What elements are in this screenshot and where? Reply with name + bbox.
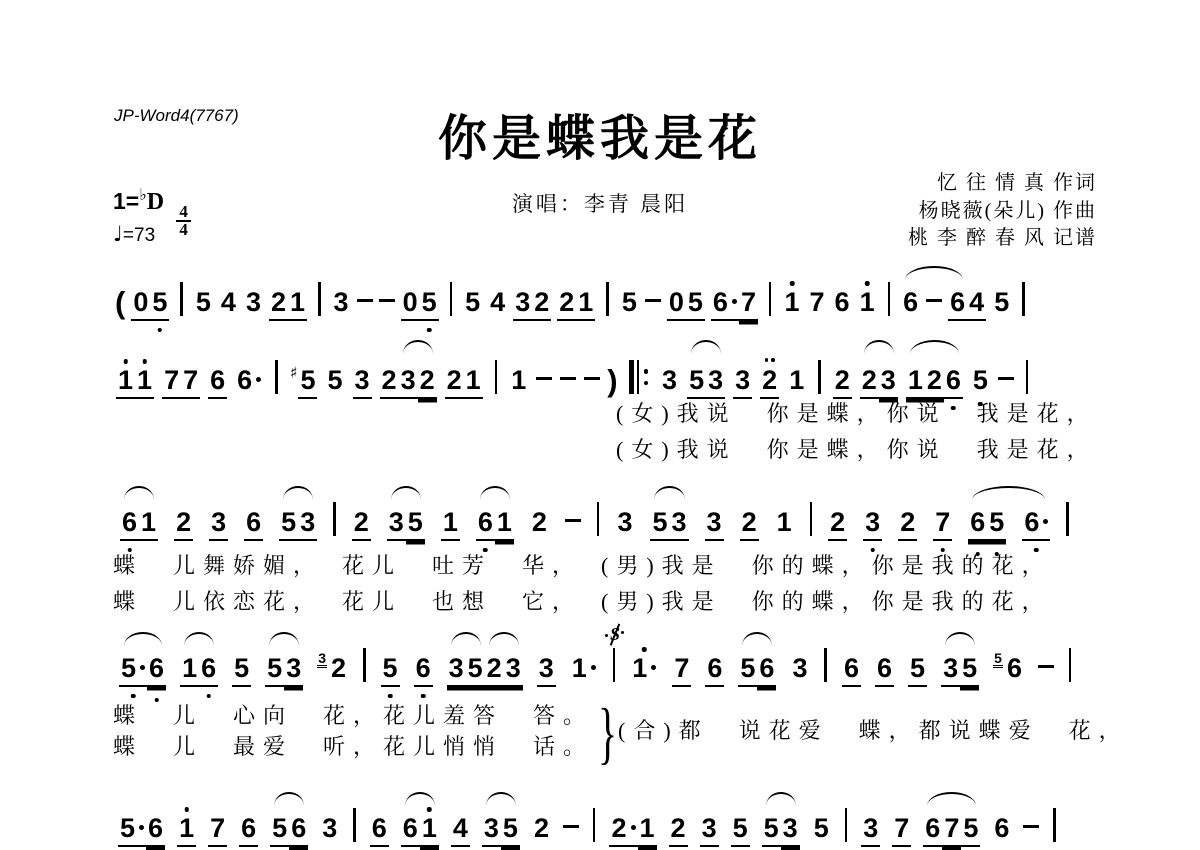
note: 5 [686,285,705,321]
note: 2 [898,505,917,541]
slur-arc [905,266,963,280]
slur-arc [124,486,154,500]
lyric-row-verse2-a: 蝶 儿 心向 花，花儿羞答 答。 [113,699,593,730]
barline [593,808,596,842]
note: 32 [317,651,348,685]
music-line-3: 612365323516123533212327656 [112,484,1077,541]
note: 3 [615,505,634,539]
credit-composer: 杨晓薇(朵儿) 作曲 [908,198,1097,226]
dash-note [584,377,600,381]
note: 2 [760,363,779,399]
note: 4 [967,285,986,321]
octave-dot-above [865,281,870,286]
slur-arc [269,632,299,646]
note: 1 [509,363,528,397]
slur-arc [283,486,313,500]
octave-dot-below [388,694,393,699]
note: 1 [420,811,439,847]
note: 7 [933,505,952,541]
slur-arc [742,632,772,646]
note: 7 [739,285,758,321]
note: 5 [687,363,706,399]
note: 1 [858,285,877,319]
barline [1069,648,1072,682]
credit-transcriber: 桃 李 醉 春 风 记谱 [908,225,1097,253]
note: 1 [570,651,598,685]
note: 3 [209,505,228,541]
augmentation-dot [256,377,261,382]
barline: S [613,648,616,682]
phrase-paren: ) [607,363,617,398]
slur-arc [927,792,976,806]
lyric-row-female-2: (女)我说 你是蝶，你说 我是花， [616,433,1097,464]
barline [818,360,821,394]
barline [1066,502,1069,536]
note: 6 [401,811,420,847]
note: 7 [808,285,827,319]
note: 2 [609,811,637,847]
note: 1 [576,285,595,321]
slur-arc [274,792,304,806]
note: 6 [414,651,433,687]
augmentation-dot [732,299,737,304]
note: 1 [116,363,135,399]
page-title: 你是蝶我是花 [0,100,1200,170]
slur-arc [766,792,796,806]
slur-arc [945,632,975,646]
note: 5 [420,285,439,321]
key-prefix: 1= [113,188,139,214]
time-bottom: 4 [179,223,188,237]
barline [810,502,813,536]
note: 2 [860,363,879,399]
note: 3 [705,505,724,541]
note: 6 [208,363,227,399]
barline [597,502,600,536]
note: 3 [447,651,466,687]
note: 3 [670,505,689,541]
note: 3 [790,651,809,685]
dash-note [926,299,942,303]
note: 5 [406,505,425,541]
note: 5 [270,811,289,847]
dash-note [1038,665,1054,669]
note: 3 [399,363,418,399]
note: 6 [370,811,389,847]
note: 3 [706,363,725,399]
slur-arc [864,340,894,354]
music-line-1: (05543213055432215056717616645 [112,264,1033,321]
note: 5 [381,651,400,687]
barline [1026,360,1029,394]
note: ♯5 [290,356,318,399]
note: 5 [194,285,213,319]
augmentation-dot [1043,519,1048,524]
lyric-row-verse1-b: 蝶 儿依恋花， 花儿 也想 它， (男)我是 你的蝶，你是我的花， [113,585,1052,616]
segno-icon: S [606,624,622,645]
grace-note: 3 [317,651,327,668]
phrase-paren: ( [115,285,125,320]
barline [845,808,848,842]
slur-arc [910,340,959,354]
note: 56 [993,651,1024,685]
note: 7 [672,651,691,687]
note: 6 [923,811,942,847]
note: 3 [700,811,719,847]
note: 2 [740,505,759,541]
note: 4 [488,285,507,319]
note: 1 [495,505,514,541]
octave-dot-above [790,281,795,286]
note: 6 [948,285,967,321]
augmentation-dot [591,665,596,670]
lyric-row-verse2-b: 蝶 儿 最爱 听，花儿悄悄 话。 [113,730,593,761]
sharp-icon: ♯ [290,363,298,382]
dash-note [565,519,581,523]
note: 3 [387,505,406,541]
slur-arc [486,792,516,806]
note: 0 [401,285,420,321]
note: 6 [239,811,258,847]
barline [363,648,366,682]
slur-arc [184,632,214,646]
octave-dot-above [642,647,647,652]
note: 6 [711,285,739,321]
note: 2 [352,505,371,541]
augmentation-dot [140,665,145,670]
note: 5 [119,651,147,687]
note: 0 [131,285,150,321]
note: 1 [906,363,925,399]
slur-arc [972,486,1045,500]
note: 5 [620,285,639,319]
note: 1 [638,811,657,847]
octave-dot-above [123,359,128,364]
sheet-music-page: JP-Word4(7767) 你是蝶我是花 演唱：李青 晨阳 忆 往 情 真 作… [0,0,1200,850]
note: 7 [181,363,200,399]
note: 5 [738,651,757,687]
note: 5 [150,285,169,321]
time-top: 4 [179,205,188,219]
repeat-barline [629,360,649,394]
note: 6 [146,811,165,847]
note: 6 [199,651,218,687]
note: 5 [960,651,979,687]
note: 5 [279,505,298,541]
lyrics-brace: } [598,694,617,774]
dash-note [357,299,373,303]
quarter-note-icon: ♩ [113,222,123,246]
note: 3 [660,363,679,397]
note: 4 [451,811,470,847]
dash-note [560,377,576,381]
note: 3 [861,811,880,847]
note: 5 [762,811,781,847]
note: 2 [445,363,464,399]
time-signature: 44 [176,205,191,237]
note: 1 [135,363,154,399]
note: 3 [781,811,800,847]
note: 6 [968,505,987,541]
lyric-row-verse1-a: 蝶 儿舞娇媚， 花儿 吐芳 华， (男)我是 你的蝶，你是我的花， [113,549,1052,580]
note: 3 [879,363,898,399]
octave-dot-above [427,807,432,812]
barline [275,360,278,394]
note: 7 [208,811,227,847]
note: 3 [941,651,960,687]
note: 5 [731,811,750,847]
note: 3 [320,811,339,845]
note: 2 [925,363,944,399]
barline [450,282,453,316]
note: 2 [485,651,504,687]
note: 3 [244,285,263,319]
note: 2 [269,285,288,321]
slur-arc [451,632,481,646]
note: 3 [863,505,882,541]
lyric-row-female-1: (女)我说 你是蝶，你说 我是花， [616,397,1097,428]
note: 2 [530,505,549,539]
note: 6 [875,651,894,687]
barline [333,502,336,536]
note: 6 [1022,505,1050,541]
credits-block: 忆 往 情 真 作词 杨晓薇(朵儿) 作曲 桃 李 醉 春 风 记谱 [908,170,1097,253]
note: 5 [265,651,284,687]
note: 6 [289,811,308,847]
note: 1 [464,363,483,399]
tempo-marking: ♩=73 [113,222,155,247]
note: 7 [162,363,181,399]
note: 2 [418,363,437,399]
note: 7 [892,811,911,847]
slur-arc [403,340,433,354]
note: 1 [787,363,806,397]
dash-note [645,299,661,303]
note: 7 [942,811,961,847]
barline [318,282,321,316]
augmentation-dot [631,825,636,830]
note: 2 [669,811,688,847]
augmentation-dot [651,665,656,670]
note: 5 [987,505,1006,541]
note: 2 [380,363,399,399]
barline [1022,282,1025,316]
barline [495,360,498,394]
barline [606,282,609,316]
dash-note [563,825,579,829]
music-line-4: 56165533256352331S1765636653556 [112,630,1079,687]
note: 6 [757,651,776,687]
note: 6 [705,651,724,687]
note: 1 [139,505,158,541]
barline [888,282,891,316]
note: 1 [441,505,460,541]
ornament-dots [765,358,775,362]
dash-note [379,299,395,303]
note: 2 [828,505,847,541]
note: 1 [782,285,801,319]
note: 3 [298,505,317,541]
note: 6 [244,505,263,541]
note: 3 [733,363,752,399]
note: 3 [332,285,351,319]
octave-dot-above [142,359,147,364]
note: 3 [353,363,372,399]
note: 6 [944,363,963,399]
note: 3 [537,651,556,687]
octave-dot-below [131,694,136,699]
grace-note: 5 [993,651,1003,668]
octave-dot-below [206,694,211,699]
note: 5 [325,363,344,397]
dash-note [1023,825,1039,829]
augmentation-dot [139,825,144,830]
note: 2 [833,363,852,399]
note: 3 [513,285,532,321]
note: 2 [557,285,576,321]
key-note: D [147,189,164,215]
note: 5 [650,505,669,541]
note: 5 [812,811,831,845]
note: 5 [971,363,990,397]
lyric-row-together: (合)都 说花爱 蝶，都说蝶爱 花， [618,714,1129,745]
note: 1 [630,651,658,685]
dash-note [536,377,552,381]
music-line-5: 56176563661435221235535376756 [112,790,1064,847]
note: 5 [992,285,1011,319]
slur-arc [489,632,519,646]
note: 5 [466,651,485,687]
note: 1 [775,505,794,539]
note: 1 [288,285,307,321]
slur-arc [654,486,685,500]
note: 2 [532,811,551,845]
note: 0 [667,285,686,321]
note: 5 [118,811,146,847]
note: 5 [501,811,520,847]
note: 1 [180,651,199,687]
credit-lyricist: 忆 往 情 真 作词 [908,170,1097,198]
dash-note [998,377,1014,381]
slur-arc [691,340,721,354]
note: 5 [908,651,927,687]
slur-arc [480,486,510,500]
octave-dot-below [427,328,432,333]
slur-arc [405,792,435,806]
note: 6 [833,285,852,319]
barline [824,648,827,682]
note: 6 [992,811,1011,845]
note: 3 [482,811,501,847]
note: 2 [174,505,193,541]
note: 2 [532,285,551,321]
octave-dot-below [421,694,426,699]
slur-arc [124,632,162,646]
note: 5 [463,285,482,319]
slur-arc [391,486,421,500]
note: 6 [120,505,139,541]
note: 6 [842,651,861,687]
note: 6 [147,651,166,687]
tempo-value: =73 [123,225,155,246]
note: 5 [961,811,980,847]
note: 4 [219,285,238,319]
music-line-2: 117766♯553232211)3533212231265 [112,338,1036,399]
barline [353,808,356,842]
flat-icon: ♭ [139,185,147,204]
note: 6 [476,505,495,541]
note: 5 [232,651,251,687]
note: 6 [901,285,920,319]
note: 3 [284,651,303,687]
barline [1053,808,1056,842]
barline [769,282,772,316]
note: 1 [177,811,196,847]
barline [180,282,183,316]
octave-dot-below [158,328,163,333]
octave-dot-above [184,807,189,812]
note: 3 [504,651,523,687]
note: 6 [235,363,263,397]
